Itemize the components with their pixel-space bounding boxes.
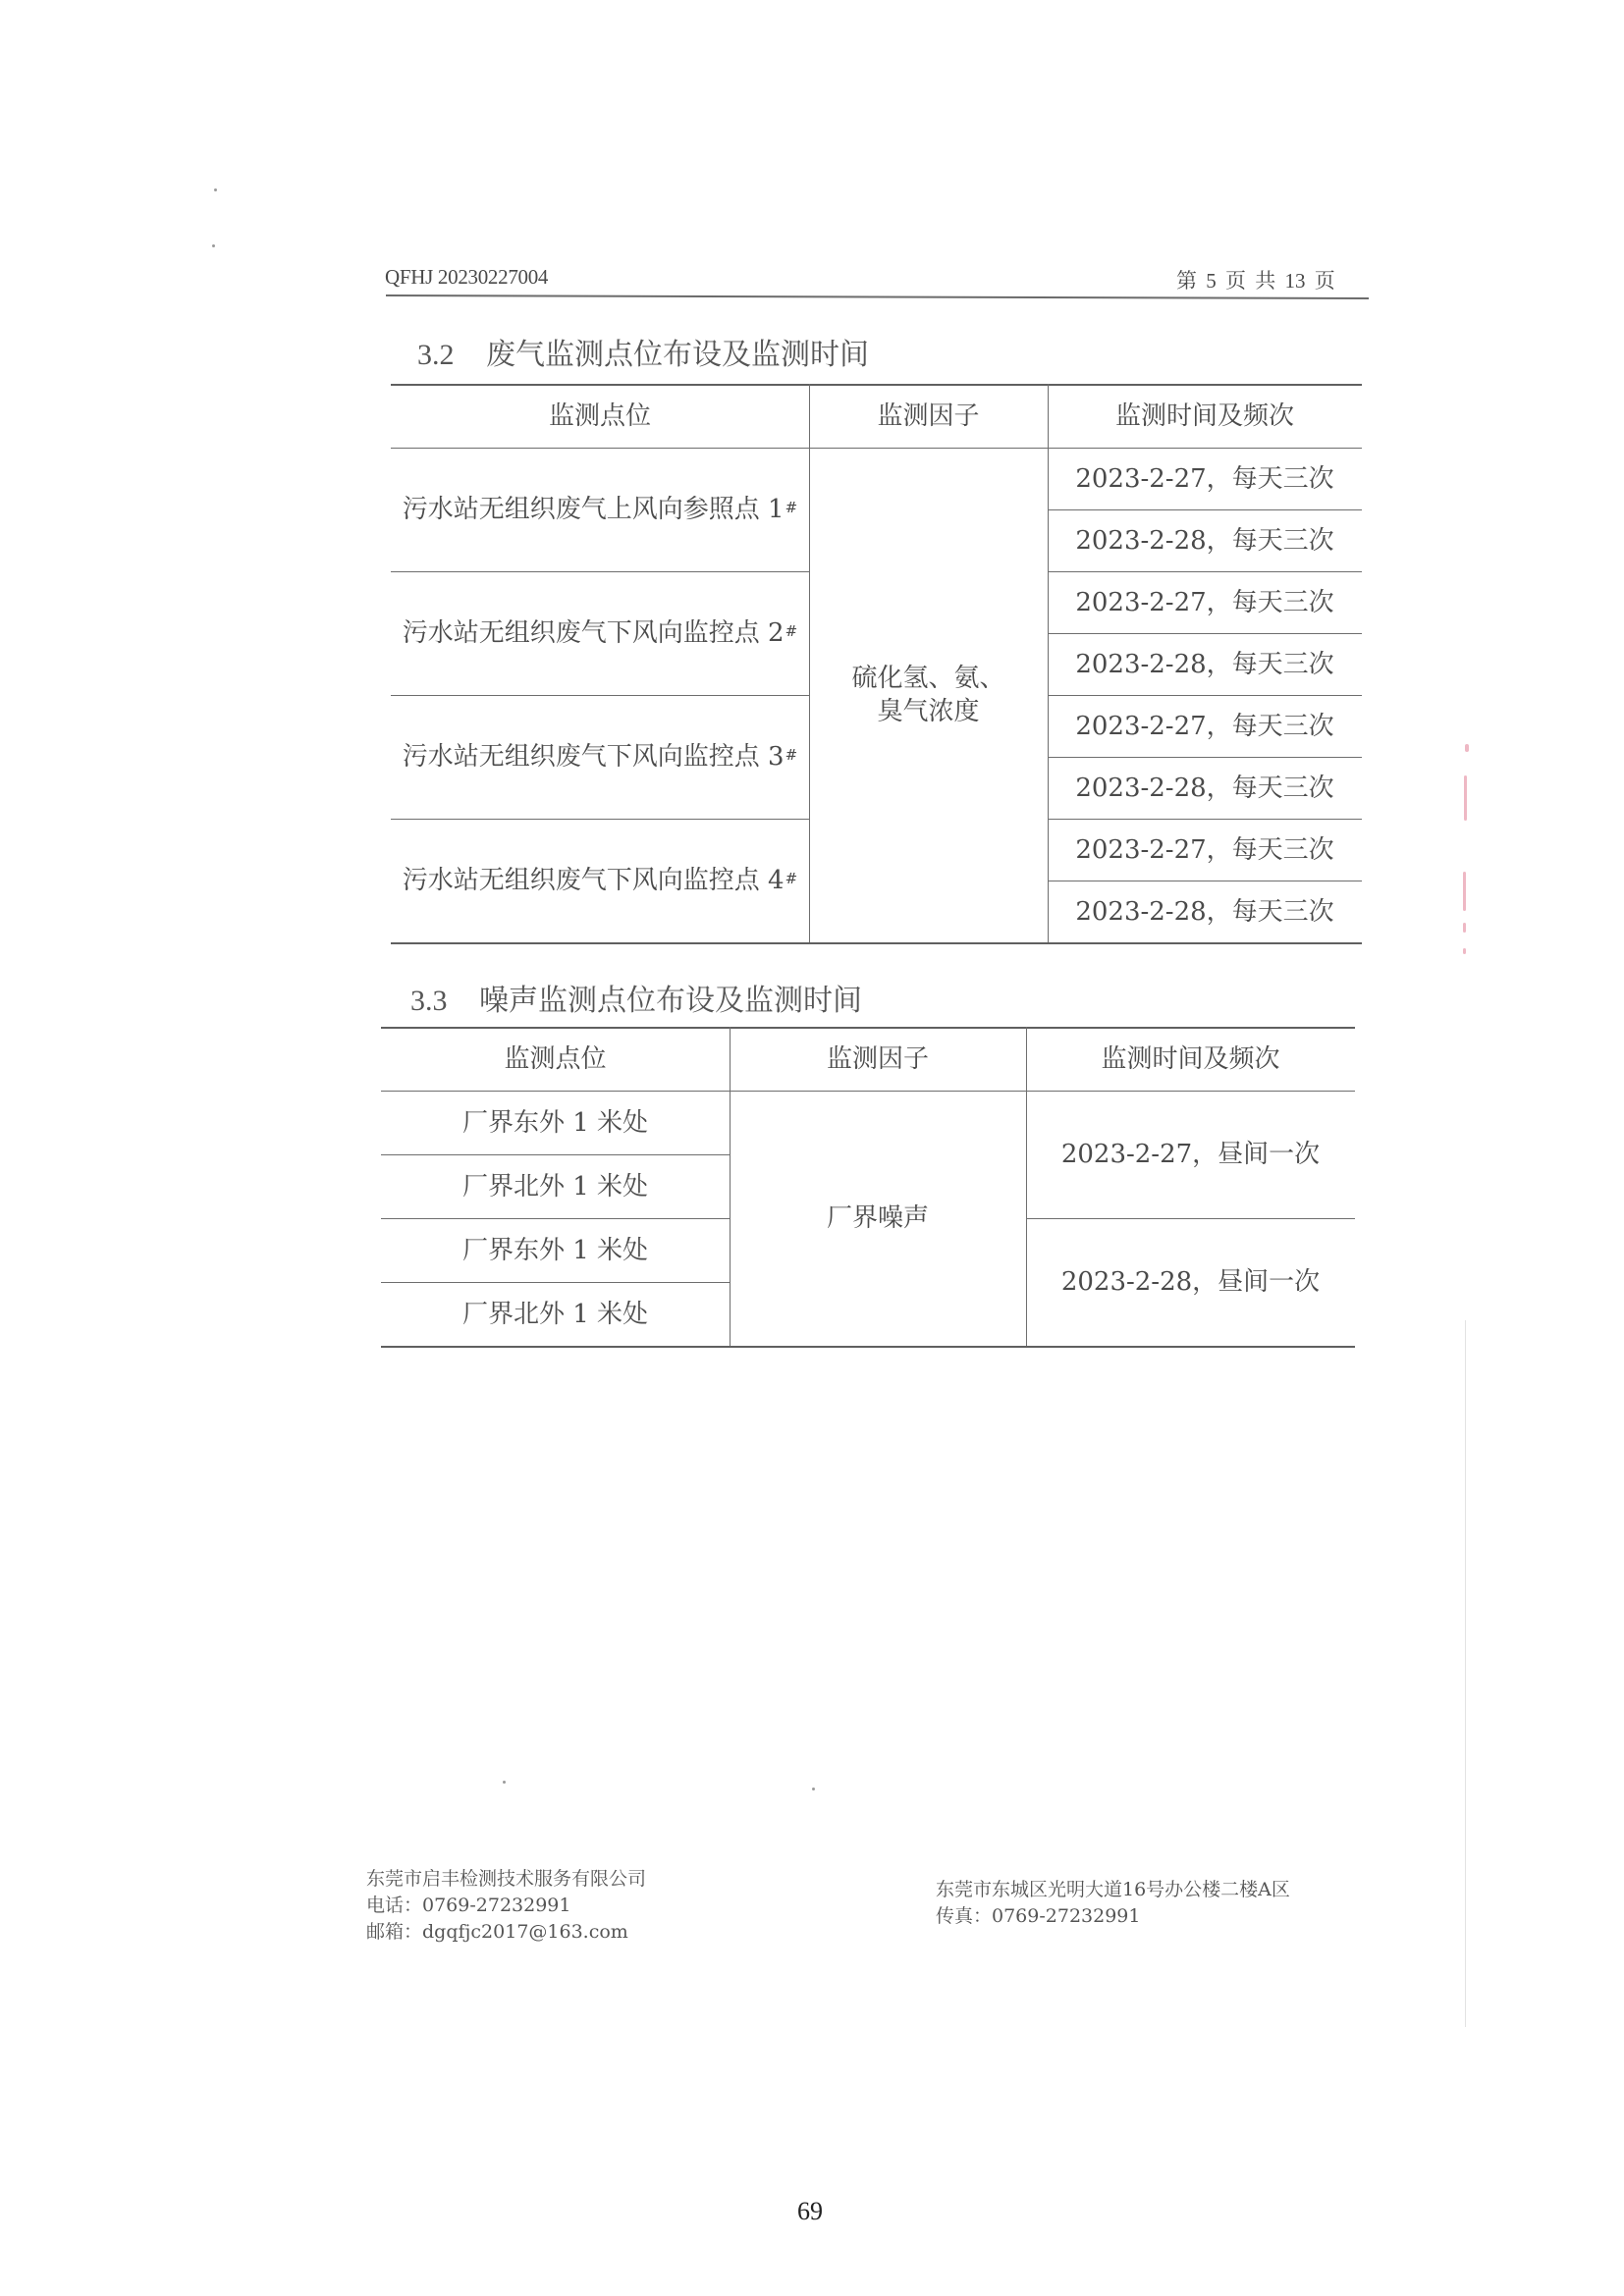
seal-fragment xyxy=(1465,744,1469,752)
column-header-location: 监测点位 xyxy=(381,1027,730,1091)
company-address: 东莞市东城区光明大道16号办公楼二楼A区 xyxy=(936,1877,1290,1903)
seal-fragment xyxy=(1463,872,1466,911)
table-rule-bottom xyxy=(381,1346,1355,1348)
schedule-cell: 2023-2-28，每天三次 xyxy=(1048,509,1362,571)
page-number: 69 xyxy=(797,2197,823,2226)
column-header-factor: 监测因子 xyxy=(809,384,1048,448)
page-info: 第 5 页 共 13 页 xyxy=(1176,265,1335,294)
table-row-location: 厂界北外 1 米处 xyxy=(381,1282,730,1346)
footer-right: 东莞市东城区光明大道16号办公楼二楼A区 传真：0769-27232991 xyxy=(936,1877,1290,1930)
column-header-location: 监测点位 xyxy=(391,384,809,448)
column-header-factor: 监测因子 xyxy=(730,1027,1026,1091)
point-mark: # xyxy=(785,862,798,895)
monitoring-factor-cell: 硫化氢、氨、 臭气浓度 xyxy=(809,448,1048,942)
company-name: 东莞市启丰检测技术服务有限公司 xyxy=(366,1866,646,1893)
section-heading: 噪声监测点位布设及监测时间 xyxy=(479,984,862,1018)
schedule-cell: 2023-2-28，昼间一次 xyxy=(1026,1218,1355,1346)
schedule-cell: 2023-2-27，昼间一次 xyxy=(1026,1091,1355,1218)
point-mark: # xyxy=(785,738,798,772)
seal-fragment xyxy=(1464,775,1467,821)
table-row-location: 厂界北外 1 米处 xyxy=(381,1154,730,1218)
scan-speck xyxy=(212,244,215,247)
section-heading: 废气监测点位布设及监测时间 xyxy=(486,338,869,372)
schedule-cell: 2023-2-27，每天三次 xyxy=(1048,695,1362,757)
header-rule xyxy=(386,294,1369,299)
location-label: 污水站无组织废气下风向监控点 4 xyxy=(403,864,785,897)
schedule-cell: 2023-2-27，每天三次 xyxy=(1048,571,1362,633)
table-row-location: 污水站无组织废气下风向监控点 3# xyxy=(391,695,809,819)
table-row-location: 厂界东外 1 米处 xyxy=(381,1218,730,1282)
seal-fragment xyxy=(1463,923,1466,933)
scan-speck xyxy=(503,1781,506,1784)
table-row-location: 污水站无组织废气下风向监控点 2# xyxy=(391,571,809,695)
section-number: 3.3 xyxy=(410,985,479,1018)
scan-page-edge xyxy=(1465,1320,1466,2027)
footer-left: 东莞市启丰检测技术服务有限公司 电话：0769-27232991 邮箱：dgqf… xyxy=(366,1866,646,1946)
section-3-3-title: 3.3噪声监测点位布设及监测时间 xyxy=(410,976,862,1019)
table-rule-bottom xyxy=(391,942,1362,944)
table-row-location: 污水站无组织废气下风向监控点 4# xyxy=(391,819,809,942)
seal-fragment xyxy=(1463,948,1466,954)
scan-speck xyxy=(214,188,217,191)
point-mark: # xyxy=(785,614,798,648)
phone-number: 电话：0769-27232991 xyxy=(366,1893,646,1919)
factor-line: 硫化氢、氨、 xyxy=(851,662,1004,695)
schedule-cell: 2023-2-28，每天三次 xyxy=(1048,633,1362,695)
column-header-schedule: 监测时间及频次 xyxy=(1048,384,1362,448)
section-number: 3.2 xyxy=(417,339,486,372)
report-number: QFHJ 20230227004 xyxy=(385,265,548,290)
section-3-2-title: 3.2废气监测点位布设及监测时间 xyxy=(417,330,869,373)
schedule-cell: 2023-2-28，每天三次 xyxy=(1048,757,1362,819)
email-address: 邮箱：dgqfjc2017@163.com xyxy=(366,1919,646,1946)
factor-line: 臭气浓度 xyxy=(877,695,979,728)
schedule-cell: 2023-2-27，每天三次 xyxy=(1048,819,1362,881)
scan-speck xyxy=(812,1788,815,1790)
monitoring-factor-cell: 厂界噪声 xyxy=(730,1091,1026,1346)
table-row-location: 污水站无组织废气上风向参照点 1# xyxy=(391,448,809,571)
location-label: 污水站无组织废气上风向参照点 1 xyxy=(403,493,785,526)
location-label: 污水站无组织废气下风向监控点 3 xyxy=(403,740,785,774)
schedule-cell: 2023-2-27，每天三次 xyxy=(1048,448,1362,509)
table-row-location: 厂界东外 1 米处 xyxy=(381,1091,730,1154)
column-header-schedule: 监测时间及频次 xyxy=(1026,1027,1355,1091)
fax-number: 传真：0769-27232991 xyxy=(936,1903,1290,1930)
schedule-cell: 2023-2-28，每天三次 xyxy=(1048,881,1362,942)
location-label: 污水站无组织废气下风向监控点 2 xyxy=(403,616,785,650)
point-mark: # xyxy=(785,491,798,524)
